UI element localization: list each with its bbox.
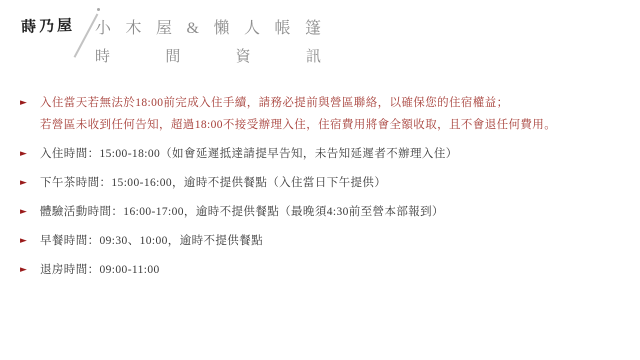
list-item-checkin-time: ► 入住時間：15:00-18:00（如會延遲抵達請提早告知，未告知延遲者不辦理…	[20, 146, 624, 163]
title-char: 資	[236, 48, 251, 66]
list-item-checkin-notice: ► 入住當天若無法於18:00前完成入住手續，請務必提前與營區聯絡，以確保您的住…	[20, 92, 624, 136]
notice-line-1: 入住當天若無法於18:00前完成入住手續，請務必提前與營區聯絡，以確保您的住宿權…	[40, 92, 624, 114]
info-page: 蒔乃屋 小 木 屋 & 懶 人 帳 篷 時 間 資 訊 ► 入住當天若無法於18…	[0, 0, 640, 360]
title-char: &	[187, 20, 199, 38]
list-item-text: 早餐時間：09:30、10:00，逾時不提供餐點	[40, 233, 624, 250]
list-item-text: 體驗活動時間：16:00-17:00，逾時不提供餐點（最晚須4:30前至營本部報…	[40, 204, 624, 221]
title-char: 間	[165, 48, 180, 66]
slash-dot-icon	[97, 8, 100, 11]
title-char: 人	[244, 20, 260, 38]
title-char: 時	[95, 48, 110, 66]
list-item-afternoon-tea-time: ► 下午茶時間：15:00-16:00，逾時不提供餐點（入住當日下午提供）	[20, 175, 624, 192]
title-char: 木	[126, 20, 142, 38]
bullet-triangle-icon: ►	[20, 262, 40, 279]
list-item-checkout-time: ► 退房時間：09:00-11:00	[20, 262, 624, 279]
list-item-breakfast-time: ► 早餐時間：09:30、10:00，逾時不提供餐點	[20, 233, 624, 250]
bullet-triangle-icon: ►	[20, 233, 40, 250]
title-line-2: 時 間 資 訊	[95, 48, 321, 66]
bullet-triangle-icon: ►	[20, 204, 40, 221]
notice-line-2: 若營區未收到任何告知，超過18:00不接受辦理入住，住宿費用將會全額收取，且不會…	[40, 114, 624, 136]
title-char: 懶	[213, 20, 229, 38]
title-char: 帳	[274, 20, 290, 38]
brand-logo: 蒔乃屋	[21, 14, 76, 37]
title-char: 篷	[305, 20, 321, 38]
notice-text: 入住當天若無法於18:00前完成入住手續，請務必提前與營區聯絡，以確保您的住宿權…	[40, 92, 624, 136]
title-char: 訊	[306, 48, 321, 66]
list-item-activity-time: ► 體驗活動時間：16:00-17:00，逾時不提供餐點（最晚須4:30前至營本…	[20, 204, 624, 221]
bullet-triangle-icon: ►	[20, 92, 40, 114]
title-line-1: 小 木 屋 & 懶 人 帳 篷	[95, 20, 321, 38]
title-char: 屋	[156, 20, 172, 38]
bullet-triangle-icon: ►	[20, 175, 40, 192]
list-item-text: 退房時間：09:00-11:00	[40, 262, 624, 279]
bullet-triangle-icon: ►	[20, 146, 40, 163]
list-item-text: 下午茶時間：15:00-16:00，逾時不提供餐點（入住當日下午提供）	[40, 175, 624, 192]
page-title: 小 木 屋 & 懶 人 帳 篷 時 間 資 訊	[95, 20, 321, 66]
time-info-list: ► 入住當天若無法於18:00前完成入住手續，請務必提前與營區聯絡，以確保您的住…	[20, 92, 624, 291]
list-item-text: 入住時間：15:00-18:00（如會延遲抵達請提早告知，未告知延遲者不辦理入住…	[40, 146, 624, 163]
title-char: 小	[95, 20, 111, 38]
